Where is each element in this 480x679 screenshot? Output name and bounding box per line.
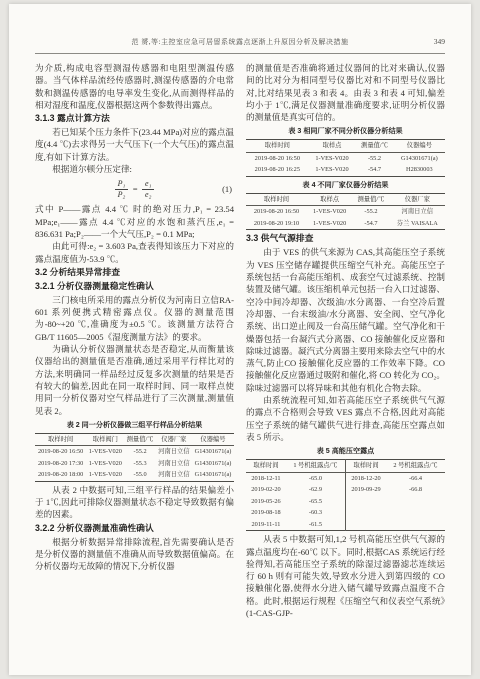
page-number: 349 <box>434 37 445 46</box>
table-header-cell: 取样点 <box>309 140 356 153</box>
table-header-cell: 取样时间 <box>246 193 307 206</box>
paragraph-t2-conclusion: 从表 2 中数据可知,三组平行样品的结果偏差小于 1℃,因此可排除仪器测量状态不… <box>35 484 234 521</box>
table-row: 2019-08-20 16:25 1-VES-V020 -54.7 H28300… <box>246 164 445 176</box>
table-cell: -54.7 <box>352 218 389 230</box>
table-cell: G14301671(a) <box>192 469 234 481</box>
table-cell: -61.5 <box>286 519 346 531</box>
table-row: 2019-08-20 17:30 1-VES-V020 -55.3 河南日立信 … <box>35 458 234 470</box>
header-rule <box>35 53 445 54</box>
table-cell: G14301671(a) <box>394 152 445 164</box>
table-cell: 2019-08-20 16:50 <box>246 152 309 164</box>
table-4-caption: 表 4 不同厂家仪器分析结果 <box>246 181 445 190</box>
table-row: 2019-08-20 16:50 1-VES-V020 -55.2 G14301… <box>246 152 445 164</box>
table-header-cell: 仪器厂家 <box>390 193 445 206</box>
table-cell: -66.8 <box>386 484 445 496</box>
table-row: 取样时间 取样点 测量值/℃ 仪器厂家 <box>246 193 445 206</box>
table-3-caption: 表 3 相同厂家不同分析仪器分析结果 <box>246 127 445 136</box>
table-row: 2019-08-20 16:50 1-VES-V020 -55.2 河南日立信 … <box>35 446 234 458</box>
column-right: 的测量值是否准确将通过仪器间的比对来确认,仪器间的比对分为相同型号仪器比对和不同… <box>246 62 445 619</box>
table-cell: -66.4 <box>386 472 445 484</box>
paragraph-dalton: 根据道尔顿分压定律: <box>35 163 234 175</box>
column-left: 为介质,构成电容型测湿传感器和电阻型测温传感器。当气体样品流经传感器时,测湿传感… <box>35 62 234 619</box>
table-cell: -55.0 <box>124 469 155 481</box>
table-row: 2019-11-11 -61.5 <box>246 519 445 531</box>
page-content: 范 赟,等:主控室应急可居留系统露点逐渐上升原因分析及解决措施 349 为介质,… <box>35 37 445 619</box>
table-cell: 2019-08-20 16:50 <box>35 446 86 458</box>
table-header-cell: 取样点 <box>307 193 352 206</box>
table-cell: -54.7 <box>355 164 393 176</box>
table-header-cell: 测量值/℃ <box>355 140 393 153</box>
table-cell: 2019-11-11 <box>246 519 286 531</box>
paragraph-result: 由此可得:e₂ = 3.603 Pa,查表得知该压力下对应的露点温度值为-53.… <box>35 240 234 265</box>
table-5-block: 表 5 高能压空露点 取样时间 1 号机组露点/℃ 取样时间 2 号机组露点/℃ <box>246 447 445 531</box>
paragraph-accuracy: 根据分析数据异常排除流程,首先需要确认是否是分析仪器的测量值不准确从而导致数据值… <box>35 536 234 573</box>
table-row: 2019-08-20 18:00 1-VES-V020 -55.0 河南日立信 … <box>35 469 234 481</box>
fraction-vapour: e₁ e₂ <box>142 179 154 200</box>
table-cell <box>345 496 386 508</box>
table-cell: -60.3 <box>286 507 346 519</box>
table-row: 取样时间 1 号机组露点/℃ 取样时间 2 号机组露点/℃ <box>246 460 445 473</box>
table-cell: 1-VES-V020 <box>309 164 356 176</box>
table-cell: 2019-08-20 16:50 <box>246 206 307 218</box>
fraction-denominator: e₂ <box>142 190 154 200</box>
table-cell: 1-VES-V020 <box>86 469 124 481</box>
table-cell: 河南日立信 <box>156 446 192 458</box>
section-heading-3-1-3: 3.1.3 露点计算方法 <box>35 112 234 125</box>
table-2-caption: 表 2 同一分析仪器做三组平行样品分析结果 <box>35 421 234 430</box>
table-header-cell: 测量值/℃ <box>124 433 155 446</box>
table-cell: 1-VES-V020 <box>86 446 124 458</box>
table-cell: 2019-08-20 17:30 <box>35 458 86 470</box>
table-header-cell: 取样阀门 <box>86 433 124 446</box>
table-row: 2019-08-20 19:10 1-VES-V020 -54.7 芬兰 VAI… <box>246 218 445 230</box>
table-5-caption: 表 5 高能压空露点 <box>246 447 445 456</box>
two-column-body: 为介质,构成电容型测湿传感器和电阻型测温传感器。当气体样品流经传感器时,测湿传感… <box>35 62 445 619</box>
table-5: 取样时间 1 号机组露点/℃ 取样时间 2 号机组露点/℃ 2018-12-11… <box>246 459 445 531</box>
table-cell <box>386 496 445 508</box>
table-cell: -65.0 <box>286 472 346 484</box>
table-row: 取样时间 取样阀门 测量值/℃ 仪器厂家 仪器编号 <box>35 433 234 446</box>
scanned-page-canvas: 范 赟,等:主控室应急可居留系统露点逐渐上升原因分析及解决措施 349 为介质,… <box>0 0 480 679</box>
paragraph-t5-conclusion: 从表 5 中数据可知,1,2 号机高能压空供气气源的露点温度均在-60℃ 以下。… <box>246 533 445 619</box>
table-header-cell: 测量值/℃ <box>352 193 389 206</box>
paragraph-where: 式中 P——露点 4.4 ℃ 时的绝对压力,P₁ = 23.54 MPa;e₁—… <box>35 203 234 240</box>
paragraph-intro: 为介质,构成电容型测湿传感器和电阻型测温传感器。当气体样品流经传感器时,测湿传感… <box>35 62 234 111</box>
table-cell: 2019-02-20 <box>246 484 286 496</box>
running-title: 范 赟,等:主控室应急可居留系统露点逐渐上升原因分析及解决措施 <box>35 37 445 47</box>
fraction-denominator: P₂ <box>115 190 129 200</box>
table-2-block: 表 2 同一分析仪器做三组平行样品分析结果 取样时间 取样阀门 测量值/℃ 仪器… <box>35 421 234 482</box>
table-row: 2018-12-11 -65.0 2018-12-20 -66.4 <box>246 472 445 484</box>
paragraph-instrument: 三门核电所采用的露点分析仪为河南日立信RA-601 系列便携式精密露点仪。仪器的… <box>35 294 234 343</box>
table-cell: 河南日立信 <box>156 469 192 481</box>
table-cell: 1-VES-V020 <box>307 206 352 218</box>
table-cell: -55.2 <box>124 446 155 458</box>
section-heading-3-3: 3.3 供气气源排查 <box>246 232 445 245</box>
table-3: 取样时间 取样点 测量值/℃ 仪器编号 2019-08-20 16:50 1-V… <box>246 139 445 177</box>
table-header-cell: 取样时间 <box>35 433 86 446</box>
table-cell <box>386 519 445 531</box>
table-header-cell: 取样时间 <box>246 140 309 153</box>
equals-sign: = <box>132 184 138 194</box>
table-cell: 1-VES-V020 <box>307 218 352 230</box>
table-cell: 2019-08-20 19:10 <box>246 218 307 230</box>
equation-number: (1) <box>222 184 232 194</box>
table-header-cell: 2 号机组露点/℃ <box>386 460 445 473</box>
table-header-cell: 仪器编号 <box>394 140 445 153</box>
section-heading-3-2-2: 3.2.2 分析仪器测量准确性确认 <box>35 522 234 535</box>
table-header-cell: 取样时间 <box>345 460 386 473</box>
page-header: 范 赟,等:主控室应急可居留系统露点逐渐上升原因分析及解决措施 349 <box>35 37 445 49</box>
section-heading-3-2: 3.2 分析结果异常排查 <box>35 266 234 279</box>
table-4-block: 表 4 不同厂家仪器分析结果 取样时间 取样点 测量值/℃ 仪器厂家 <box>246 181 445 231</box>
table-row: 取样时间 取样点 测量值/℃ 仪器编号 <box>246 140 445 153</box>
section-heading-3-2-1: 3.2.1 分析仪器测量稳定性确认 <box>35 280 234 293</box>
table-cell: 2018-12-20 <box>345 472 386 484</box>
table-cell: -55.2 <box>355 152 393 164</box>
fraction-pressure: P₁ P₂ <box>115 179 129 200</box>
table-cell: 2019-08-20 18:00 <box>35 469 86 481</box>
table-cell <box>345 507 386 519</box>
table-cell: G14301671(a) <box>192 458 234 470</box>
table-2: 取样时间 取样阀门 测量值/℃ 仪器厂家 仪器编号 2019-08-20 16:… <box>35 433 234 482</box>
table-cell: 2019-08-18 <box>246 507 286 519</box>
table-4: 取样时间 取样点 测量值/℃ 仪器厂家 2019-08-20 16:50 1-V… <box>246 193 445 231</box>
paragraph-flow: 由系统流程可知,如若高能压空子系统供气气源的露点不合格则会导致 VES 露点不合… <box>246 394 445 443</box>
table-row: 2019-08-20 16:50 1-VES-V020 -55.2 河南日立信 <box>246 206 445 218</box>
table-cell: -62.9 <box>286 484 346 496</box>
table-header-cell: 1 号机组露点/℃ <box>286 460 346 473</box>
paragraph-parallel: 为确认分析仪器测量状态是否稳定,从而衡量该仪器给出的测量值是否准确,通过采用平行… <box>35 343 234 417</box>
equation-1: P₁ P₂ = e₁ e₂ (1) <box>35 175 234 203</box>
table-cell: G14301671(a) <box>192 446 234 458</box>
table-row: 2019-05-26 -65.5 <box>246 496 445 508</box>
table-cell <box>386 507 445 519</box>
paragraph-cas: 由于 VES 的供气来源为 CAS,其高能压空子系统为 VES 压空储存罐提供压… <box>246 246 445 394</box>
table-3-block: 表 3 相同厂家不同分析仪器分析结果 取样时间 取样点 测量值/℃ 仪器编号 <box>246 127 445 177</box>
paragraph-compare: 的测量值是否准确将通过仪器间的比对来确认,仪器间的比对分为相同型号仪器比对和不同… <box>246 62 445 123</box>
fraction-numerator: P₁ <box>115 179 129 190</box>
table-header-cell: 仪器厂家 <box>156 433 192 446</box>
paper-sheet: 范 赟,等:主控室应急可居留系统露点逐渐上升原因分析及解决措施 349 为介质,… <box>9 4 471 675</box>
table-cell: 河南日立信 <box>390 206 445 218</box>
paragraph-know: 若已知某个压力条件下(23.44 MPa)对应的露点温度(4.4 ℃)去求得另一… <box>35 126 234 163</box>
table-cell: 芬兰 VAISALA <box>390 218 445 230</box>
table-cell: 1-VES-V020 <box>86 458 124 470</box>
table-cell: -55.3 <box>124 458 155 470</box>
table-header-cell: 取样时间 <box>246 460 286 473</box>
table-row: 2019-08-18 -60.3 <box>246 507 445 519</box>
table-cell: 2019-09-29 <box>345 484 386 496</box>
table-cell: H2830003 <box>394 164 445 176</box>
table-cell: 2019-08-20 16:25 <box>246 164 309 176</box>
table-row: 2019-02-20 -62.9 2019-09-29 -66.8 <box>246 484 445 496</box>
table-cell: -55.2 <box>352 206 389 218</box>
table-cell: 2019-05-26 <box>246 496 286 508</box>
table-cell <box>345 519 386 531</box>
table-header-cell: 仪器编号 <box>192 433 234 446</box>
table-cell: 1-VES-V020 <box>309 152 356 164</box>
table-cell: 2018-12-11 <box>246 472 286 484</box>
table-cell: 河南日立信 <box>156 458 192 470</box>
fraction-numerator: e₁ <box>142 179 154 190</box>
table-cell: -65.5 <box>286 496 346 508</box>
